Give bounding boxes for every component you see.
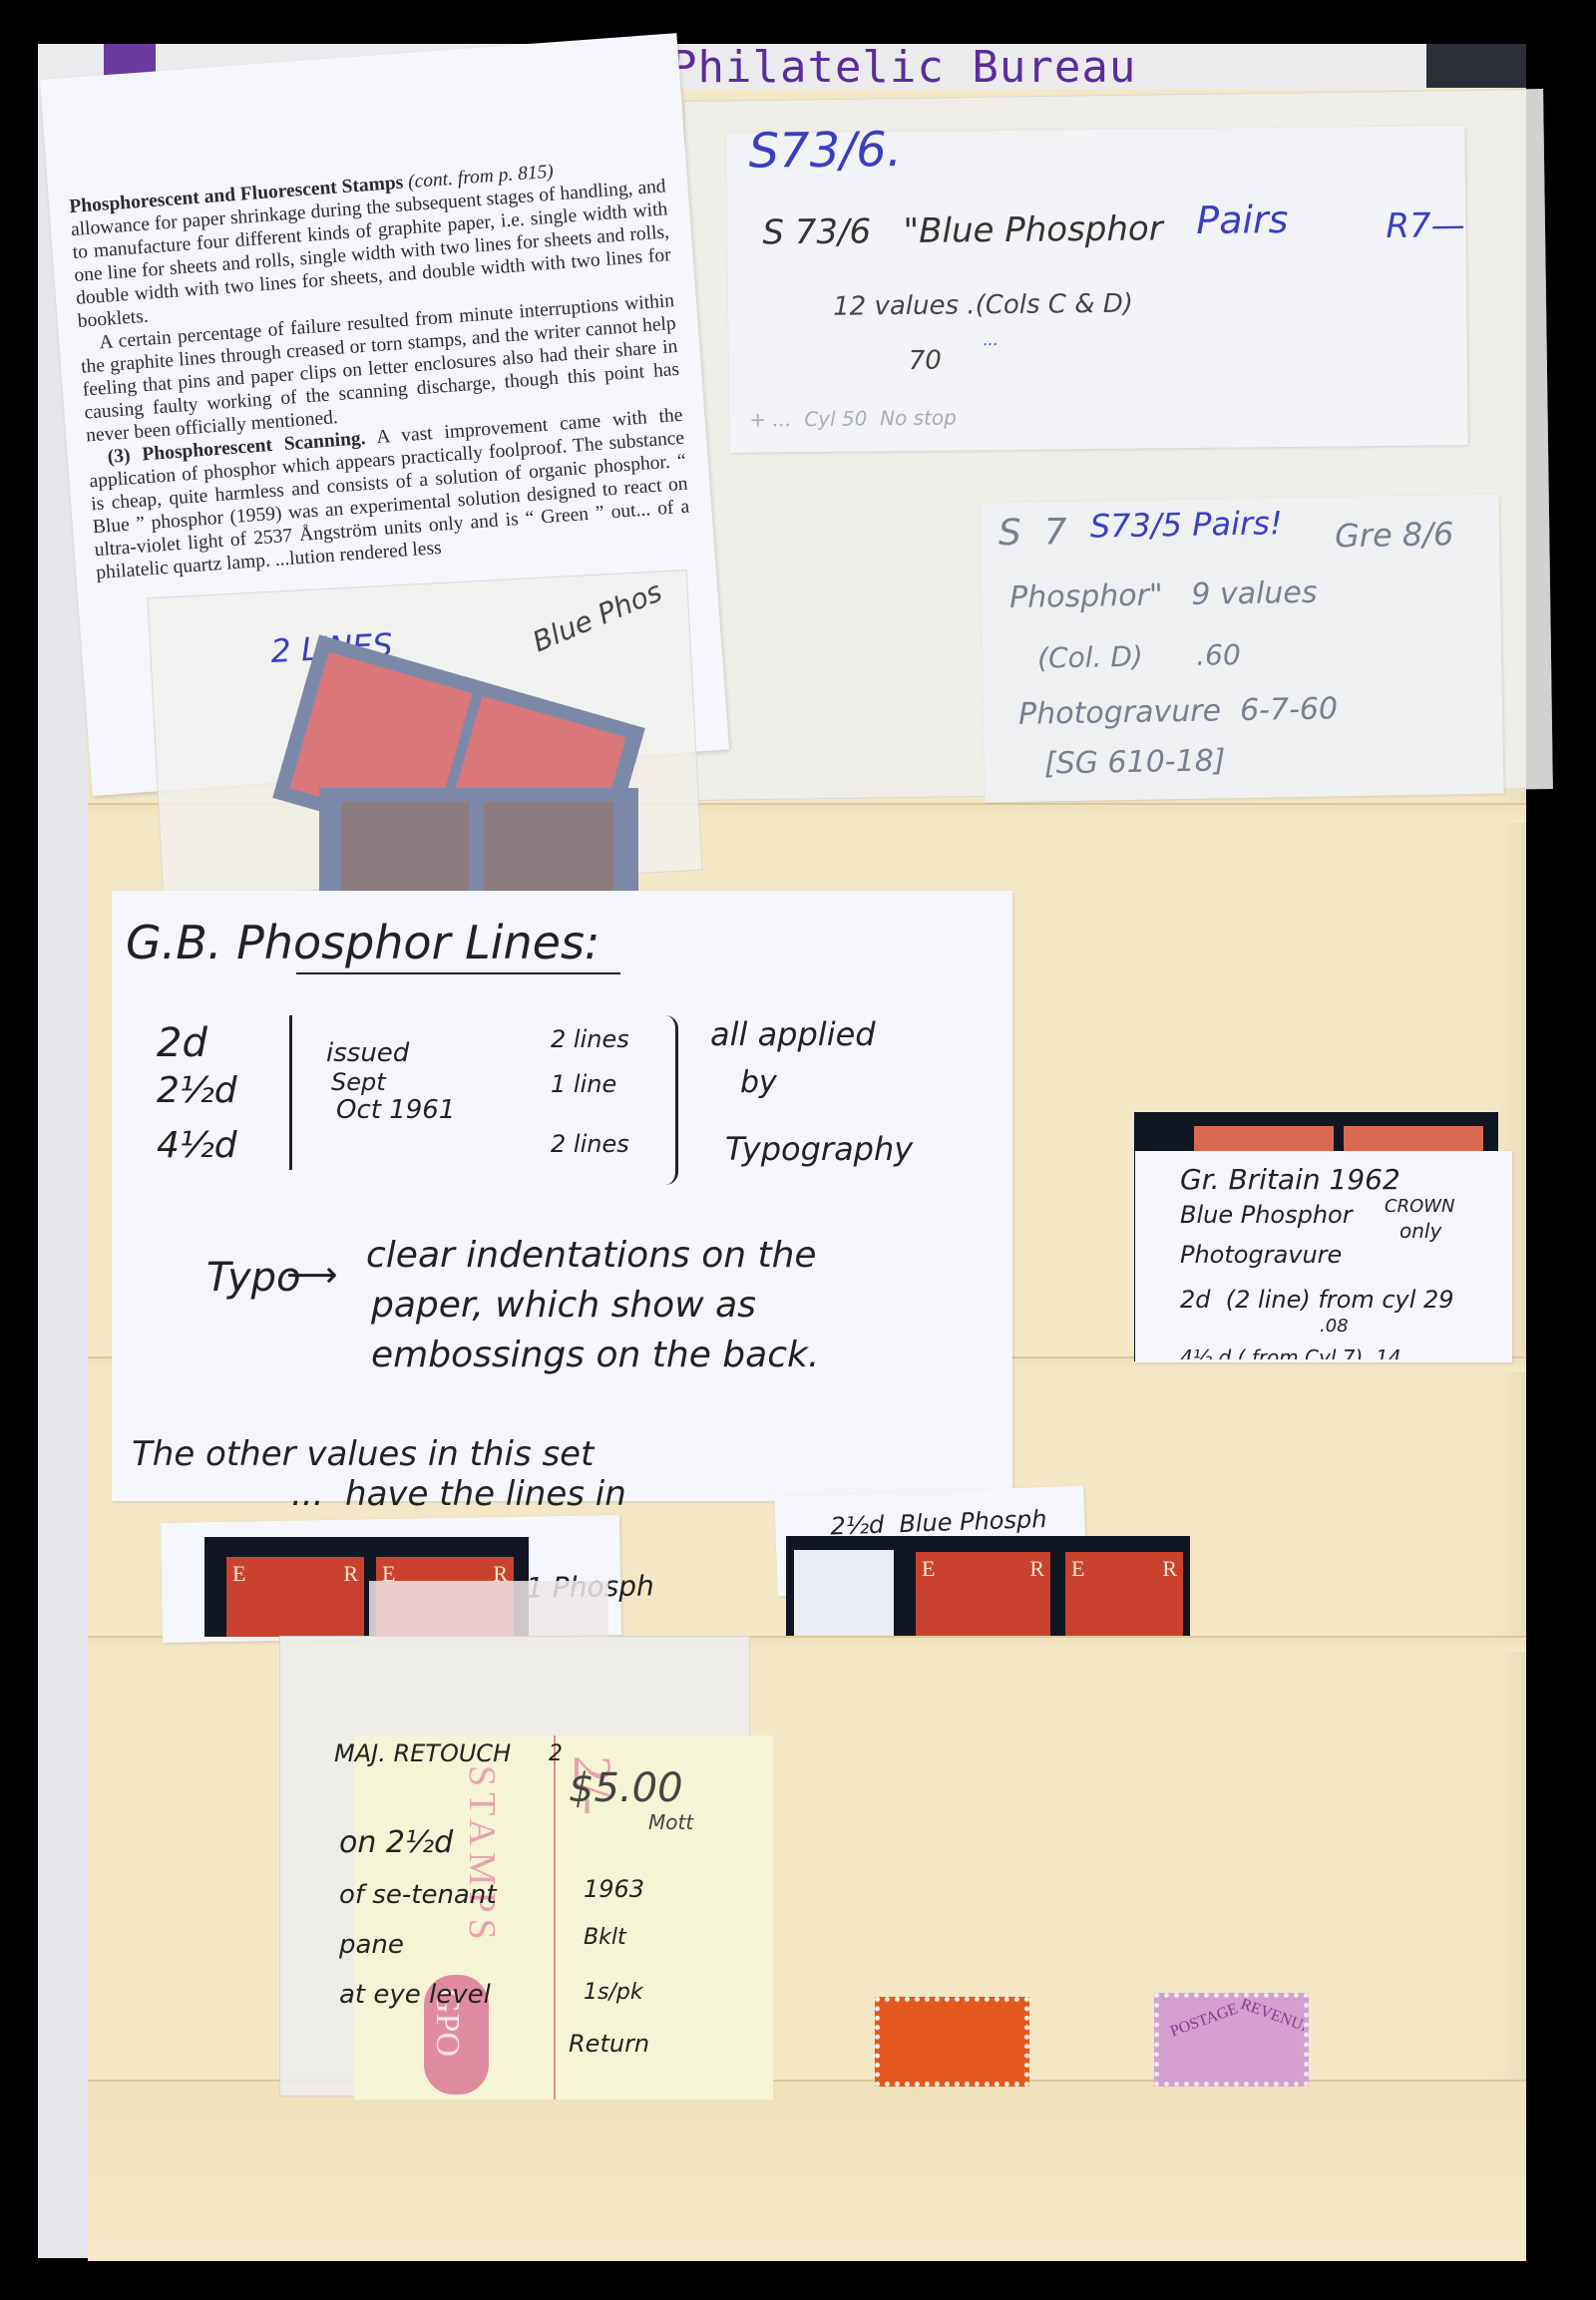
stamp-purple-postage-revenue[interactable]: POSTAGE REVENUE [1154,1993,1309,2087]
retouch-year: 1963 [584,1875,644,1903]
value-2d: 2d [157,1020,207,1066]
card-title: G.B. Phosphor Lines: [126,916,599,969]
retouch-line-1: on 2½d [339,1825,453,1860]
retouch-line-2: of se-tenant [339,1880,497,1910]
issued-label: issued [326,1038,409,1068]
price-note: Mott [648,1810,693,1834]
stamp-letter-r: R [1162,1556,1177,1582]
card-line-6: 4½ d ( from Cyl 7) 14 [1180,1345,1400,1359]
typo-note-2: paper, which show as [371,1285,756,1326]
blue-phos-pencil-note: Blue Phos [528,575,666,658]
retouch-title: MAJ. RETOUCH [334,1739,511,1767]
note-line-2: Phosphor" 9 values [1009,575,1318,615]
arrow: ⟶ [286,1255,338,1296]
crown-label: CROWN [1385,1196,1455,1217]
retouch-return: Return [569,2030,649,2058]
stamp-pair-red-2[interactable]: E R E R [786,1536,1190,1636]
note-prefix: S 7 [998,512,1067,554]
retouch-bklt: Bklt [584,1925,626,1950]
stamp-letter-e: E [1071,1556,1084,1582]
note-line-5: [SG 610-18] [1044,743,1226,781]
card-line-5: .08 [1320,1316,1349,1337]
maj-retouch-note-card: STAMPS 2/- GPO MAJ. RETOUCH 2 $5.00 Mott… [354,1735,773,2100]
card-line-3: Photogravure [1180,1241,1342,1269]
retouch-price: $5.00 [569,1765,683,1811]
crown-only-label: only [1399,1219,1441,1243]
title-underline [296,972,620,974]
value-4-half-d: 4½d [157,1125,237,1166]
value-2-half-d: 2½d [157,1070,237,1111]
retouch-line-3: pane [339,1930,404,1960]
postage-label: POSTAGE [1168,2000,1241,2041]
dots: ... [983,330,997,349]
typo-note-1: clear indentations on the [366,1235,817,1276]
pairs-label: Pairs [1196,197,1289,242]
bracket-right [665,1015,678,1185]
bracket-left [289,1015,292,1170]
stamp-letter-e: E [922,1556,935,1582]
card-line-1: Gr. Britain 1962 [1180,1163,1400,1196]
stamp-letter-e: E [232,1561,245,1587]
note-faint-line: + ... Cyl 50 No stop [749,405,957,431]
issued-month: Sept [331,1068,386,1096]
revenue-label: REVENUE [1238,1996,1309,2038]
stamp: E R [1065,1552,1183,1636]
stock-strip-4 [88,2080,1526,2261]
retouch-pk: 1s/pk [584,1980,643,2005]
card-line-4: 2d (2 line) from cyl 29 [1180,1286,1454,1314]
card-line-2: Blue Phosphor [1180,1201,1353,1229]
note-pairs: S73/5 Pairs! [1090,504,1283,545]
gb-1962-note-card: Gr. Britain 1962 Blue Phosphor CROWN onl… [1135,1151,1512,1362]
note-line-3: (Col. D) .60 [1037,638,1241,675]
note-line-2: 12 values .(Cols C & D) [833,289,1133,322]
issued-date: Oct 1961 [336,1095,455,1125]
footer-line-1: The other values in this set [132,1434,594,1474]
stamp-letter-r: R [1029,1556,1044,1582]
retouch-line-4: at eye level [339,1980,491,2010]
footer-line-2: ... have the lines in [291,1474,626,1514]
glassine-overlay [369,1581,608,1641]
dark-corner-block [1426,44,1526,88]
circle-number: 2 [549,1741,563,1766]
lines-2-half-d: 1 line [551,1070,616,1098]
card-divider [554,1735,556,2100]
stamps-print: STAMPS [460,1765,504,1946]
applied-note-2: by [740,1065,777,1100]
stamp-orange-used[interactable] [875,1997,1029,2087]
note-right: Gre 8/6 [1335,515,1454,555]
phosphor-lines-note-card: G.B. Phosphor Lines: 2d 2½d 4½d issued S… [112,891,1012,1501]
catalog-number: S73/6. [748,122,902,180]
sheet-selvedge [794,1550,894,1636]
applied-note-3: Typography [725,1130,913,1168]
stamp: E R [226,1557,364,1637]
note-line-3: 70 [909,346,942,376]
applied-note-1: all applied [710,1015,876,1053]
note-card-s73-5: S 7 S73/5 Pairs! Gre 8/6 Phosphor" 9 val… [980,494,1503,802]
note-card-s73-6: S73/6. S 73/6 "Blue Phosphor Pairs R7— 1… [726,126,1467,453]
price-label: R7— [1386,205,1465,246]
philatelic-bureau-label: Philatelic Bureau [670,44,1136,94]
stamp-letter-r: R [343,1561,358,1587]
note-line-4: Photogravure 6-7-60 [1018,691,1339,732]
lines-4-half-d: 2 lines [551,1130,629,1158]
lines-2d: 2 lines [551,1025,629,1053]
note-line-1: S 73/6 "Blue Phosphor [762,208,1163,252]
typo-note-3: embossings on the back. [371,1335,819,1375]
stamp: E R [916,1552,1050,1636]
